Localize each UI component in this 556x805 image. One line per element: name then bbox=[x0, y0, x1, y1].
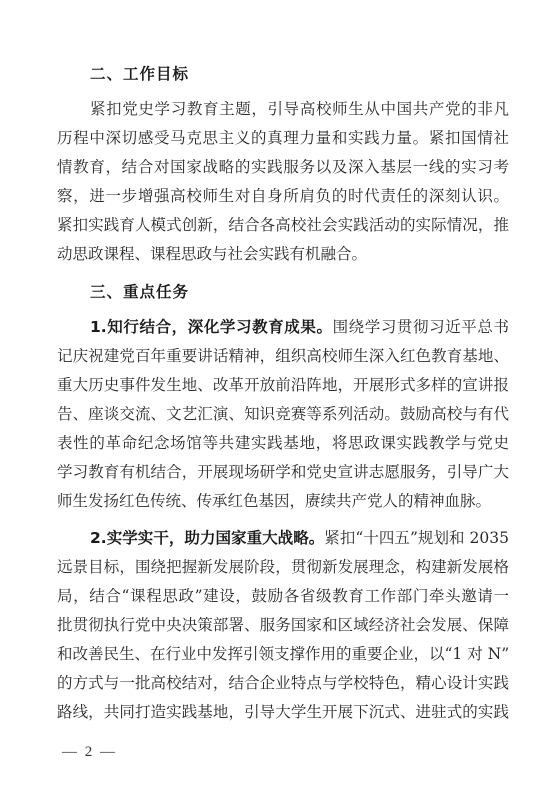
paragraph-line: 和改善民生、在行业中发挥引领支撑作用的重要企业，以“1 对 N” bbox=[57, 644, 509, 664]
paragraph-line: 局，结合“课程思政”建设，鼓励各省级教育工作部门牵头邀请一 bbox=[57, 586, 509, 606]
paragraph-line: 告、座谈交流、文艺汇演、知识竞赛等系列活动。鼓励高校与有代 bbox=[57, 404, 509, 424]
paragraph-line: 路线，共同打造实践基地，引导大学生开展下沉式、进驻式的实践 bbox=[57, 702, 509, 722]
paragraph-line: 记庆祝建党百年重要讲话精神，组织高校师生深入红色教育基地、 bbox=[57, 346, 509, 366]
paragraph-line: 学习教育有机结合，开展现场研学和党史宣讲志愿服务，引导广大 bbox=[57, 462, 509, 482]
section-heading-tasks: 三、重点任务 bbox=[90, 282, 509, 302]
paragraph-line: 重大历史事件发生地、改革开放前沿阵地，开展形式多样的宣讲报 bbox=[57, 375, 509, 395]
paragraph-line: 表性的革命纪念场馆等共建实践基地，将思政课实践教学与党史 bbox=[57, 433, 509, 453]
task-item-1-first-line: 1.知行结合，深化学习教育成果。围绕学习贯彻习近平总书 bbox=[90, 317, 509, 337]
task-item-2-text: 紧扣“十四五”规划和 2035 bbox=[324, 529, 509, 547]
page-number: — 2 — bbox=[62, 744, 117, 761]
task-item-2-title: 2.实学实干，助力国家重大战略。 bbox=[90, 529, 324, 547]
paragraph-line: 的方式与一批高校结对，结合企业特点与学校特色，精心设计实践 bbox=[57, 673, 509, 693]
section-heading-goals: 二、工作目标 bbox=[90, 64, 509, 84]
paragraph-line: 动思政课程、课程思政与社会实践有机融合。 bbox=[57, 244, 509, 264]
task-item-2-first-line: 2.实学实干，助力国家重大战略。紧扣“十四五”规划和 2035 bbox=[90, 528, 509, 548]
paragraph-line: 远景目标，围绕把握新发展阶段，贯彻新发展理念，构建新发展格 bbox=[57, 557, 509, 577]
paragraph-line: 紧扣党史学习教育主题，引导高校师生从中国共产党的非凡 bbox=[90, 99, 509, 119]
paragraph-line: 察，进一步增强高校师生对自身所肩负的时代责任的深刻认识。 bbox=[57, 186, 509, 206]
paragraph-line: 批贯彻执行党中央决策部署、服务国家和区域经济社会发展、保障 bbox=[57, 615, 509, 635]
task-item-1-text: 围绕学习贯彻习近平总书 bbox=[333, 318, 509, 336]
task-item-1-title: 1.知行结合，深化学习教育成果。 bbox=[90, 318, 333, 336]
paragraph-line: 历程中深切感受马克思主义的真理力量和实践力量。紧扣国情社 bbox=[57, 128, 509, 148]
paragraph-line: 紧扣实践育人模式创新，结合各高校社会实践活动的实际情况，推 bbox=[57, 215, 509, 235]
paragraph-line: 师生发扬红色传统、传承红色基因，赓续共产党人的精神血脉。 bbox=[57, 491, 509, 511]
paragraph-line: 情教育，结合对国家战略的实践服务以及深入基层一线的实习考 bbox=[57, 157, 509, 177]
